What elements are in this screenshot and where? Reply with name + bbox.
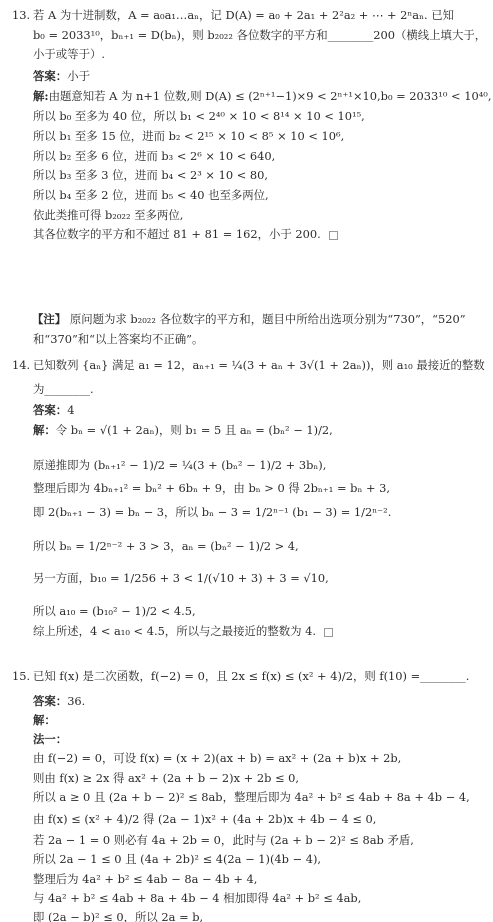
problem-13-solution-line-3: 所以 b₁ 至多 15 位，进而 b₂ < 2¹⁵ × 10 < 8⁵ × 10…	[33, 129, 344, 143]
answer-value: 36.	[67, 694, 85, 708]
problem-14-answer: 答案：4	[33, 403, 74, 417]
problem-13-solution-line-2: 所以 b₀ 至多为 40 位，所以 b₁ < 2⁴⁰ × 10 < 8¹⁴ × …	[33, 109, 365, 123]
problem-14-question-line-2: 为________.	[33, 382, 94, 396]
problem-13-solution-line-6: 所以 b₄ 至多 2 位，进而 b₅ < 40 也至多两位,	[33, 188, 269, 202]
problem-15-solution-line-1: 由 f(−2) = 0，可设 f(x) = (x + 2)(ax + b) = …	[33, 751, 401, 765]
solution-text: 综上所述，4 < a₁₀ < 4.5，所以与之最接近的整数为 4.	[33, 624, 316, 638]
problem-15-solution-line-2: 则由 f(x) ≥ 2x 得 ax² + (2a + b − 2)x + 2b …	[33, 771, 299, 785]
problem-13-question-line-3: 小于或等于）.	[33, 47, 105, 61]
problem-14-question-line-1: 已知数列 {aₙ} 满足 a₁ = 12，aₙ₊₁ = ¼(3 + aₙ + 3…	[33, 358, 485, 372]
answer-label: 答案：	[33, 403, 67, 417]
problem-14-solution-line-6: 另一方面，b₁₀ = 1/256 + 3 < 1/(√10 + 3) + 3 =…	[33, 571, 329, 585]
problem-14-number: 14.	[12, 358, 30, 372]
problem-15-solution-line-4: 由 f(x) ≤ (x² + 4)/2 得 (2a − 1)x² + (4a +…	[33, 812, 376, 826]
problem-14-solution-line-5: 所以 bₙ = 1/2ⁿ⁻² + 3 > 3，aₙ = (bₙ² − 1)/2 …	[33, 539, 299, 553]
problem-13-solution-line-1: 解:由题意知若 A 为 n+1 位数,则 D(A) ≤ (2ⁿ⁺¹−1)×9 <…	[33, 89, 491, 103]
problem-14-solution-line-3: 整理后即为 4bₙ₊₁² = bₙ² + 6bₙ + 9，由 bₙ > 0 得 …	[33, 481, 390, 495]
answer-value: 4	[67, 403, 74, 417]
note-line-1: 【注】 原问题为求 b₂₀₂₂ 各位数字的平方和，题目中所给出选项分别为“730…	[32, 312, 466, 326]
note-text: 原问题为求 b₂₀₂₂ 各位数字的平方和，题目中所给出选项分别为“730”，“5…	[70, 312, 466, 326]
problem-13-solution-line-7: 依此类推可得 b₂₀₂₂ 至多两位,	[33, 208, 183, 222]
problem-15-solution-line-6: 所以 2a − 1 ≤ 0 且 (4a + 2b)² ≤ 4(2a − 1)(4…	[33, 852, 321, 866]
problem-13-solution-line-4: 所以 b₂ 至多 6 位，进而 b₃ < 2⁶ × 10 < 640,	[33, 149, 275, 163]
problem-13-answer: 答案：小于	[33, 69, 90, 83]
problem-13-solution-line-8: 其各位数字的平方和不超过 81 + 81 = 162，小于 200.	[33, 227, 338, 241]
problem-14-solution-line-4: 即 2(bₙ₊₁ − 3) = bₙ − 3，所以 bₙ − 3 = 1/2ⁿ⁻…	[33, 505, 391, 519]
solution-text: 其各位数字的平方和不超过 81 + 81 = 162，小于 200.	[33, 227, 321, 241]
problem-15-solution-line-7: 整理后为 4a² + b² ≤ 4ab − 8a − 4b + 4,	[33, 872, 257, 886]
problem-13-number: 13.	[12, 8, 30, 22]
problem-15-question-line-1: 已知 f(x) 是二次函数，f(−2) = 0，且 2x ≤ f(x) ≤ (x…	[33, 669, 469, 683]
solution-text: 令 bₙ = √(1 + 2aₙ)，则 b₁ = 5 且 aₙ = (bₙ² −…	[56, 423, 333, 437]
problem-13-solution-line-5: 所以 b₃ 至多 3 位，进而 b₄ < 2³ × 10 < 80,	[33, 168, 268, 182]
problem-15-solution-line-9: 即 (2a − b)² ≤ 0，所以 2a = b,	[33, 910, 203, 922]
answer-label: 答案：	[33, 694, 67, 708]
answer-value: 小于	[67, 69, 90, 83]
problem-15-answer: 答案：36.	[33, 694, 85, 708]
problem-15-solution-label: 解：	[33, 713, 56, 727]
problem-15-number: 15.	[12, 669, 30, 683]
qed-box-icon	[324, 628, 333, 637]
problem-15-method-label: 法一：	[33, 732, 67, 746]
solution-label: 解:	[33, 89, 49, 103]
problem-14-solution-line-7: 所以 a₁₀ = (b₁₀² − 1)/2 < 4.5,	[33, 604, 196, 618]
problem-13-question-line-1: 若 A 为十进制数，A = a₀a₁…aₙ，记 D(A) = a₀ + 2a₁ …	[33, 8, 454, 22]
solution-text: 由题意知若 A 为 n+1 位数,则 D(A) ≤ (2ⁿ⁺¹−1)×9 < 2…	[49, 89, 492, 103]
solution-label: 解：	[33, 423, 56, 437]
problem-15-solution-line-8: 与 4a² + b² ≤ 4ab + 8a + 4b − 4 相加即得 4a² …	[33, 891, 361, 905]
answer-label: 答案：	[33, 69, 67, 83]
note-line-2: 和“370”和“以上答案均不正确”。	[33, 332, 203, 346]
problem-14-solution-line-2: 原递推即为 (bₙ₊₁² − 1)/2 = ¼(3 + (bₙ² − 1)/2 …	[33, 458, 326, 472]
problem-15-solution-line-5: 若 2a − 1 = 0 则必有 4a + 2b = 0，此时与 (2a + b…	[33, 833, 414, 847]
problem-13-question-line-2: b₀ = 2033¹⁰，bₙ₊₁ = D(bₙ)，则 b₂₀₂₂ 各位数字的平方…	[33, 28, 486, 42]
problem-14-solution-line-8: 综上所述，4 < a₁₀ < 4.5，所以与之最接近的整数为 4.	[33, 624, 333, 638]
note-label: 【注】	[32, 312, 66, 326]
problem-14-solution-line-1: 解：令 bₙ = √(1 + 2aₙ)，则 b₁ = 5 且 aₙ = (bₙ²…	[33, 423, 333, 437]
problem-15-solution-line-3: 所以 a ≥ 0 且 (2a + b − 2)² ≤ 8ab，整理后即为 4a²…	[33, 790, 470, 804]
qed-box-icon	[329, 231, 338, 240]
